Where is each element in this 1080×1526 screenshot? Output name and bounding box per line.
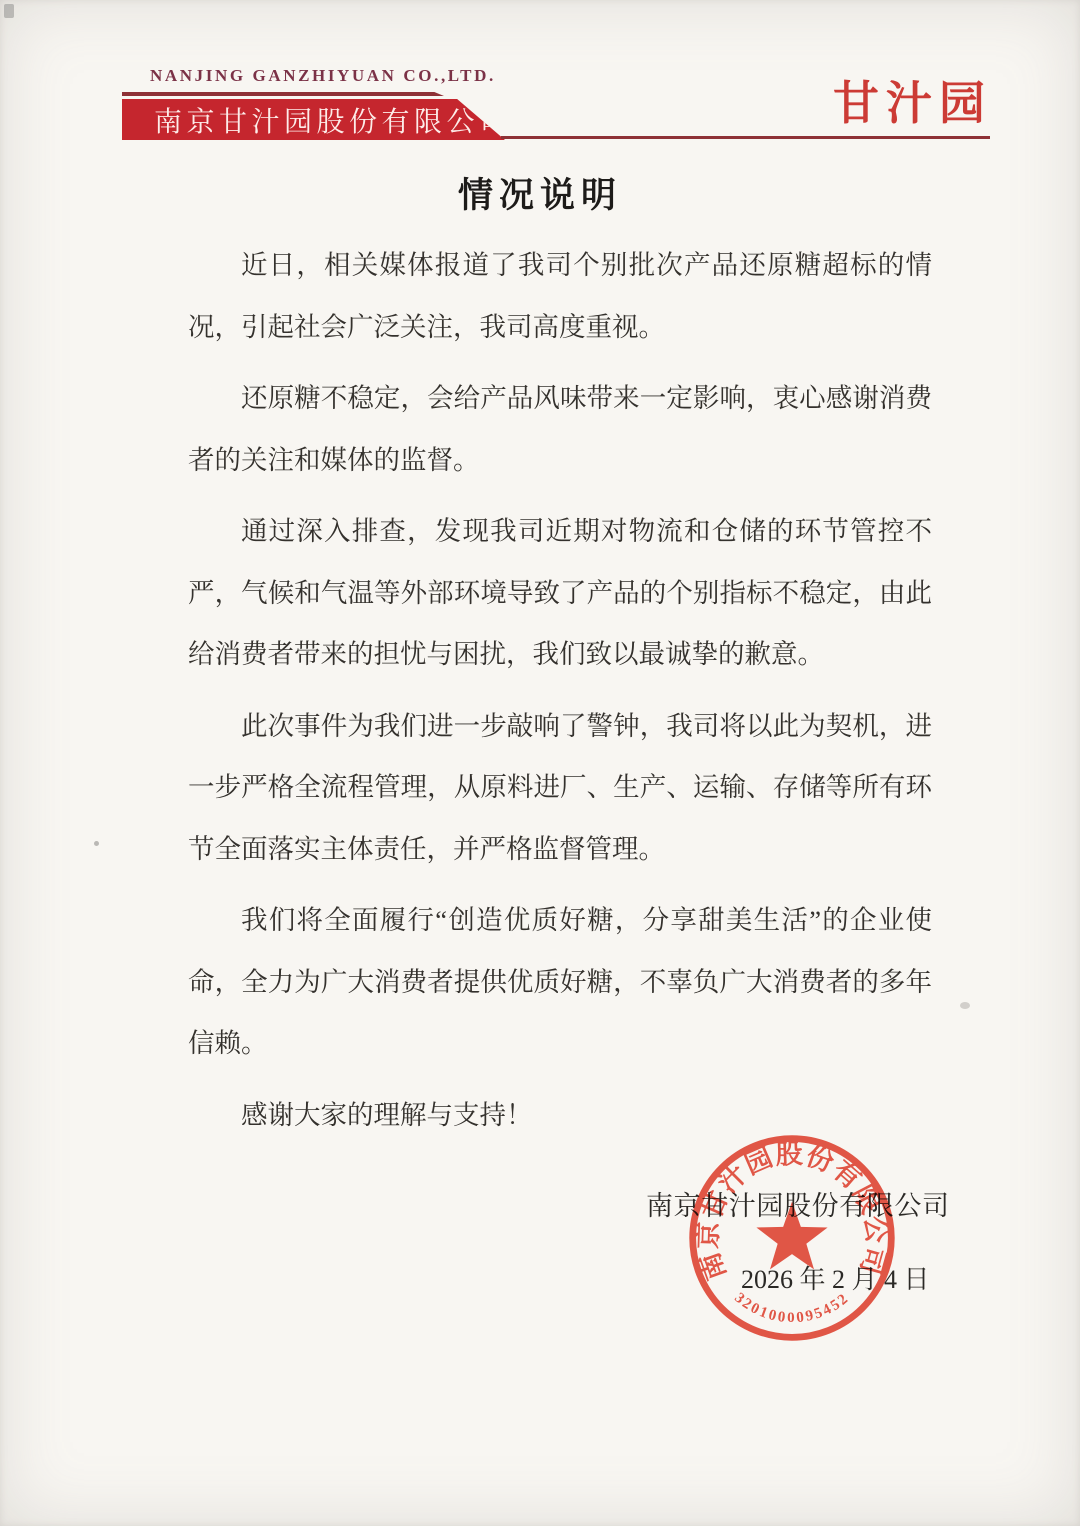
scanned-statement-page: NANJING GANZHIYUAN CO.,LTD. 南京甘汁园股份有限公司 … [0,0,1080,1526]
document-title: 情况说明 [0,168,1080,218]
scan-artifact [4,4,14,18]
letterhead-banner: 南京甘汁园股份有限公司 [122,99,505,140]
seal-star-icon [756,1202,827,1270]
scan-artifact [960,1002,970,1009]
body-paragraph: 此次事件为我们进一步敲响了警钟，我司将以此为契机，进一步严格全流程管理，从原料进… [188,696,932,881]
scan-artifact [94,841,99,846]
brand-logo: 甘汁园 [833,80,992,126]
letterhead-company-name-en: NANJING GANZHIYUAN CO.,LTD. [150,66,496,86]
body-paragraph: 我们将全面履行“创造优质好糖，分享甜美生活”的企业使命，全力为广大消费者提供优质… [188,890,932,1075]
body-paragraph: 通过深入排查，发现我司近期对物流和仓储的环节管控不严，气候和气温等外部环境导致了… [188,501,932,686]
letterhead-rule-long [501,136,990,139]
seal-serial-number: 3201000095452 [731,1290,852,1326]
letterhead-rule-top [122,92,444,96]
body-paragraph: 还原糖不稳定，会给产品风味带来一定影响，衷心感谢消费者的关注和媒体的监督。 [188,368,932,491]
body-paragraph: 近日，相关媒体报道了我司个别批次产品还原糖超标的情况，引起社会广泛关注，我司高度… [188,235,932,358]
document-body: 近日，相关媒体报道了我司个别批次产品还原糖超标的情况，引起社会广泛关注，我司高度… [188,235,932,1156]
official-seal: 南京甘汁园股份有限公司 3201000095452 [688,1134,896,1342]
seal-serial-holder: 3201000095452 [731,1290,852,1326]
letterhead-company-name-zh: 南京甘汁园股份有限公司 [122,100,512,140]
